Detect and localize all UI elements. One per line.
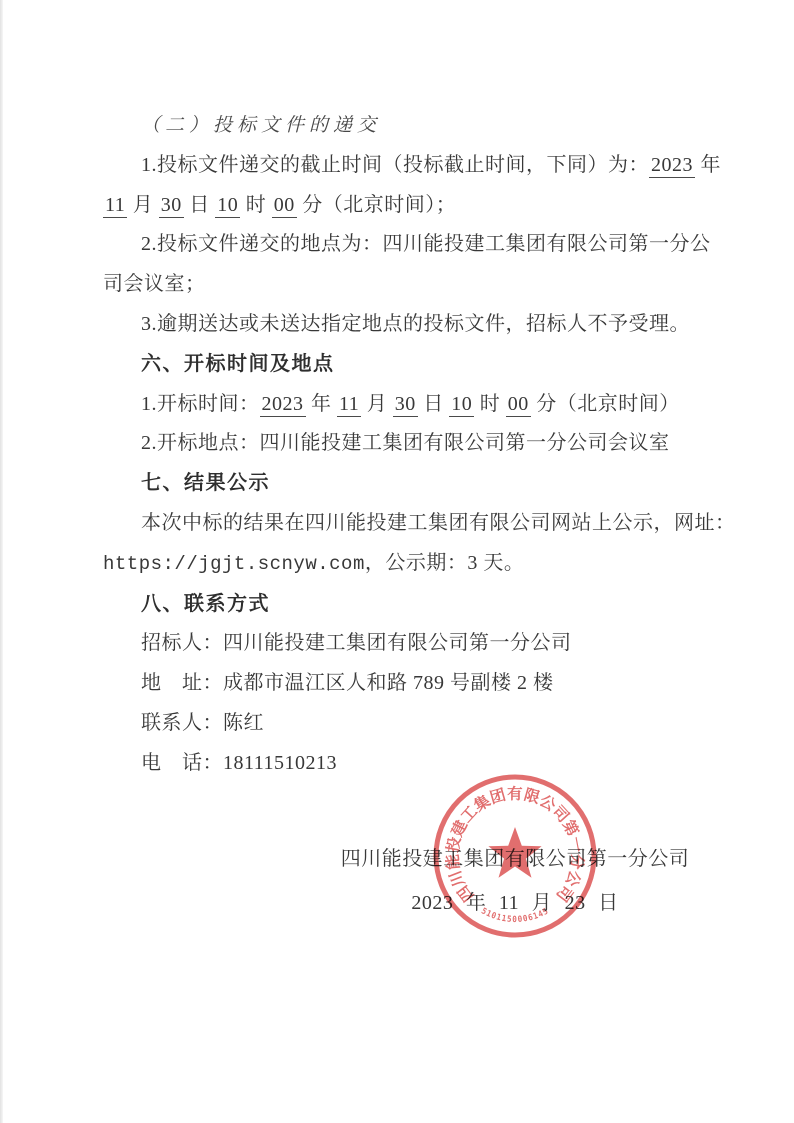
results-url: https://jgjt.scnyw.com: [103, 553, 365, 575]
deadline-year-value: 2023: [649, 154, 695, 178]
opening-day-value: 30: [393, 393, 418, 417]
signature-block: 四川能投建工集团有限公司第一分公司 2023 年 11 月 23 日: [320, 837, 710, 925]
subsection-heading-submission: （二）投标文件的递交: [103, 106, 718, 146]
opening-year-unit: 年: [306, 393, 338, 415]
opening-hour-value: 10: [449, 393, 474, 417]
document-page: （二）投标文件的递交 1.投标文件递交的截止时间（投标截止时间，下同）为：202…: [0, 0, 794, 1123]
submission-place-text: 2.投标文件递交的地点为：四川能投建工集团有限公司第一分公: [141, 233, 711, 255]
deadline-minute-value: 00: [272, 194, 297, 218]
signature-date: 2023 年 11 月 23 日: [411, 892, 618, 914]
paragraph-deadline-line2: 11 月 30 日 10 时 00 分（北京时间）；: [103, 186, 718, 226]
opening-day-unit: 日: [418, 393, 450, 415]
deadline-hour-unit: 时: [240, 194, 272, 216]
deadline-hour-value: 10: [215, 194, 240, 218]
document-body: （二）投标文件的递交 1.投标文件递交的截止时间（投标截止时间，下同）为：202…: [103, 106, 718, 784]
opening-place-text: 2.开标地点：四川能投建工集团有限公司第一分公司会议室: [141, 432, 670, 454]
late-submission-text: 3.逾期送达或未送达指定地点的投标文件，招标人不予受理。: [141, 313, 690, 335]
results-period: ，公示期：3 天。: [365, 552, 525, 574]
opening-year-value: 2023: [260, 393, 306, 417]
scan-artifact-left-edge: [0, 0, 3, 1123]
paragraph-results-line1: 本次中标的结果在四川能投建工集团有限公司网站上公示，网址：: [103, 504, 718, 544]
section-8-title: 八、联系方式: [141, 593, 270, 615]
deadline-timezone: 分（北京时间）；: [297, 194, 457, 216]
paragraph-late-submission: 3.逾期送达或未送达指定地点的投标文件，招标人不予受理。: [103, 305, 718, 345]
deadline-day-unit: 日: [184, 194, 216, 216]
signature-company-name: 四川能投建工集团有限公司第一分公司: [341, 848, 690, 870]
subsection-heading-text: （二）投标文件的递交: [141, 115, 381, 136]
contact-tenderer-row: 招标人：四川能投建工集团有限公司第一分公司: [103, 624, 718, 664]
opening-time-label: 1.开标时间：: [141, 393, 260, 415]
deadline-month-value: 11: [103, 194, 127, 218]
results-text: 本次中标的结果在四川能投建工集团有限公司网站上公示，网址：: [141, 512, 736, 534]
contact-phone: 电 话：18111510213: [141, 752, 337, 774]
opening-timezone: 分（北京时间）: [531, 393, 680, 415]
opening-hour-unit: 时: [474, 393, 506, 415]
opening-minute-value: 00: [506, 393, 531, 417]
section-7-title: 七、结果公示: [141, 472, 270, 494]
section-heading-opening: 六、开标时间及地点: [103, 345, 718, 385]
contact-person: 联系人：陈红: [141, 712, 264, 734]
section-heading-results: 七、结果公示: [103, 464, 718, 504]
opening-month-unit: 月: [361, 393, 393, 415]
signature-date-line: 2023 年 11 月 23 日: [320, 881, 710, 925]
paragraph-deadline-line1: 1.投标文件递交的截止时间（投标截止时间，下同）为：2023 年: [103, 146, 718, 186]
contact-tenderer: 招标人：四川能投建工集团有限公司第一分公司: [141, 632, 572, 654]
deadline-text: 1.投标文件递交的截止时间（投标截止时间，下同）为：: [141, 154, 649, 176]
contact-phone-row: 电 话：18111510213: [103, 744, 718, 784]
section-6-title: 六、开标时间及地点: [141, 353, 335, 375]
submission-place-cont: 司会议室；: [103, 273, 206, 295]
paragraph-submission-place-line1: 2.投标文件递交的地点为：四川能投建工集团有限公司第一分公: [103, 225, 718, 265]
contact-person-row: 联系人：陈红: [103, 704, 718, 744]
section-heading-contact: 八、联系方式: [103, 585, 718, 625]
paragraph-results-line2: https://jgjt.scnyw.com，公示期：3 天。: [103, 544, 718, 585]
paragraph-opening-time: 1.开标时间：2023 年 11 月 30 日 10 时 00 分（北京时间）: [103, 385, 718, 425]
deadline-day-value: 30: [159, 194, 184, 218]
signature-company-line: 四川能投建工集团有限公司第一分公司: [320, 837, 710, 881]
opening-month-value: 11: [337, 393, 361, 417]
paragraph-submission-place-line2: 司会议室；: [103, 265, 718, 305]
deadline-year-unit: 年: [695, 154, 721, 176]
deadline-month-unit: 月: [127, 194, 159, 216]
paragraph-opening-place: 2.开标地点：四川能投建工集团有限公司第一分公司会议室: [103, 424, 718, 464]
contact-address-row: 地 址：成都市温江区人和路 789 号副楼 2 楼: [103, 664, 718, 704]
contact-address: 地 址：成都市温江区人和路 789 号副楼 2 楼: [141, 672, 554, 694]
